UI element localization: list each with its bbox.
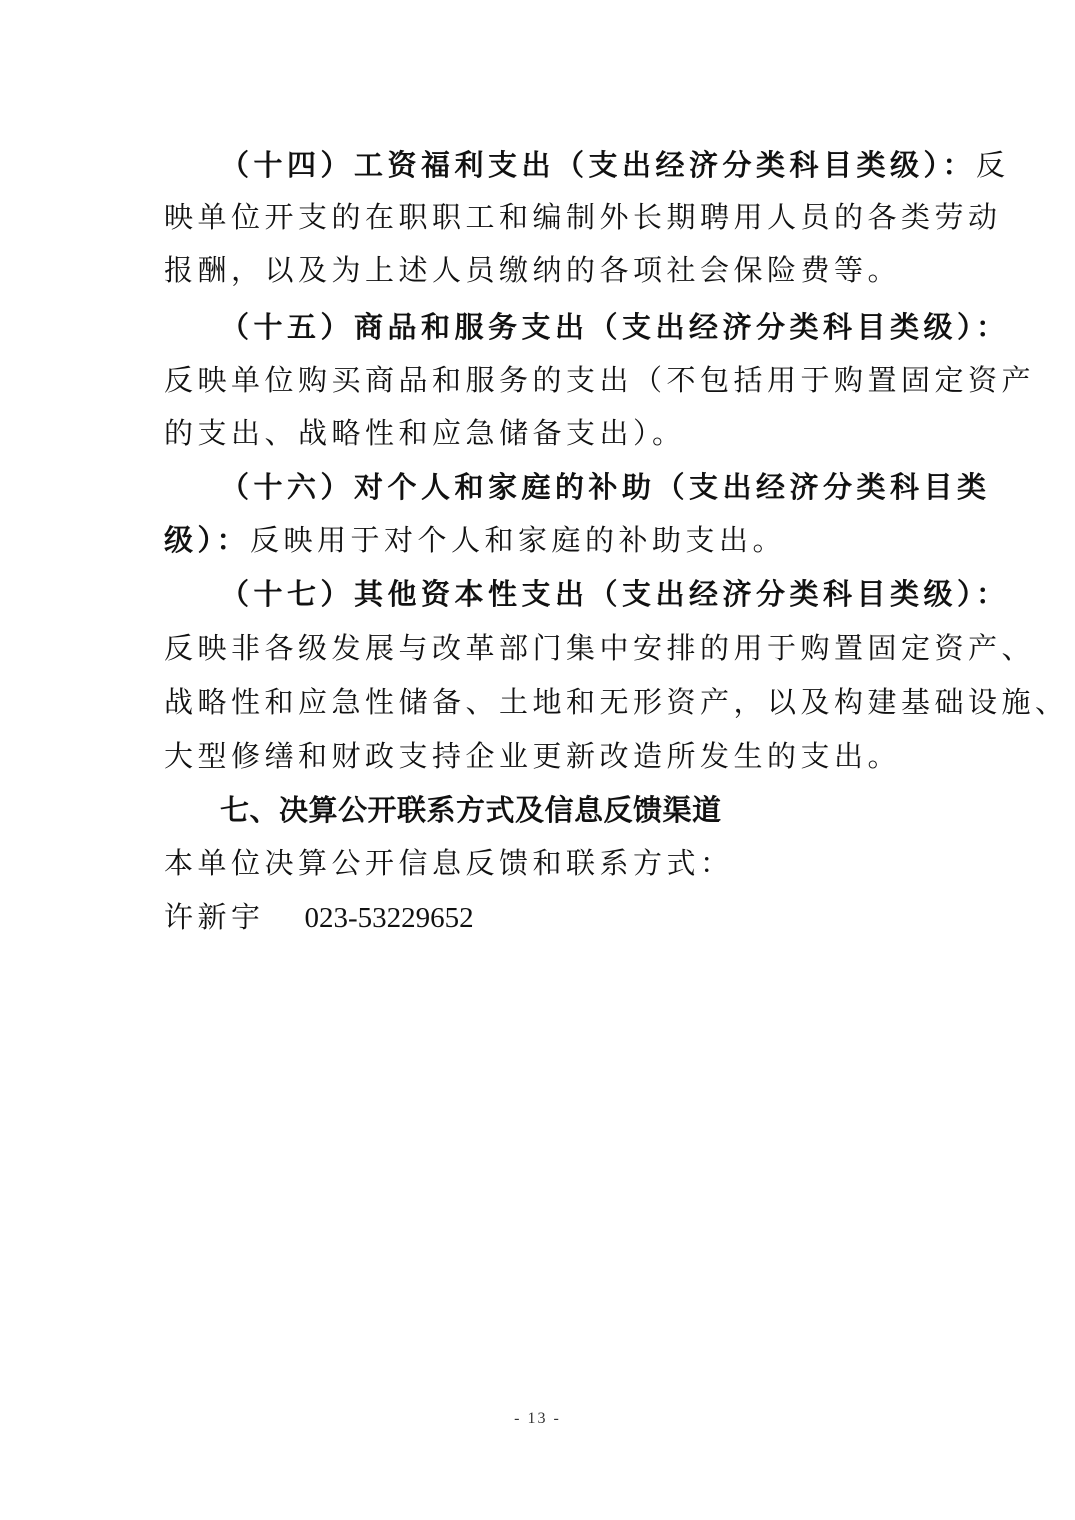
- contact-phone: 023-53229652: [305, 902, 474, 934]
- section-16-title-cont: 级）：: [164, 523, 250, 557]
- section-14-line-3: 报酬，以及为上述人员缴纳的各项社会保险费等。: [164, 252, 924, 288]
- section-16-line-1: （十六）对个人和家庭的补助（支出经济分类科目类: [220, 469, 980, 505]
- section-17-line-1: （十七）其他资本性支出（支出经济分类科目类级）：: [220, 576, 980, 612]
- contact-line: 许新宇023-53229652: [164, 899, 924, 936]
- contact-intro: 本单位决算公开信息反馈和联系方式：: [164, 845, 924, 881]
- contact-name: 许新宇: [164, 900, 265, 934]
- section-16-line-2: 级）：反映用于对个人和家庭的补助支出。: [164, 522, 924, 558]
- section-16-title: （十六）对个人和家庭的补助（支出经济分类科目类: [220, 470, 991, 504]
- section-17-title: （十七）其他资本性支出（支出经济分类科目类级）：: [220, 577, 1010, 611]
- page-number: - 13 -: [0, 1410, 1075, 1428]
- section-15-line-3: 的支出、战略性和应急储备支出）。: [164, 415, 924, 451]
- contact-section-heading: 七、决算公开联系方式及信息反馈渠道: [220, 792, 722, 828]
- section-15-title: （十五）商品和服务支出（支出经济分类科目类级）：: [220, 310, 1010, 344]
- section-15-line-1: （十五）商品和服务支出（支出经济分类科目类级）：: [220, 309, 980, 345]
- section-17-line-3: 战略性和应急性储备、土地和无形资产，以及构建基础设施、: [164, 684, 924, 720]
- section-15-line-2: 反映单位购买商品和服务的支出（不包括用于购置固定资产: [164, 362, 924, 398]
- section-14-title: （十四）工资福利支出（支出经济分类科目类级）：: [220, 148, 976, 182]
- section-17-line-4: 大型修缮和财政支持企业更新改造所发生的支出。: [164, 738, 924, 774]
- section-16-text: 反映用于对个人和家庭的补助支出。: [250, 523, 786, 557]
- section-14-line-2: 映单位开支的在职职工和编制外长期聘用人员的各类劳动: [164, 199, 924, 235]
- section-17-line-2: 反映非各级发展与改革部门集中安排的用于购置固定资产、: [164, 630, 924, 666]
- document-page: （十四）工资福利支出（支出经济分类科目类级）：反 映单位开支的在职职工和编制外长…: [0, 0, 1075, 1520]
- section-14-line-1: （十四）工资福利支出（支出经济分类科目类级）：反: [220, 147, 980, 183]
- section-14-text: 反: [976, 148, 1010, 182]
